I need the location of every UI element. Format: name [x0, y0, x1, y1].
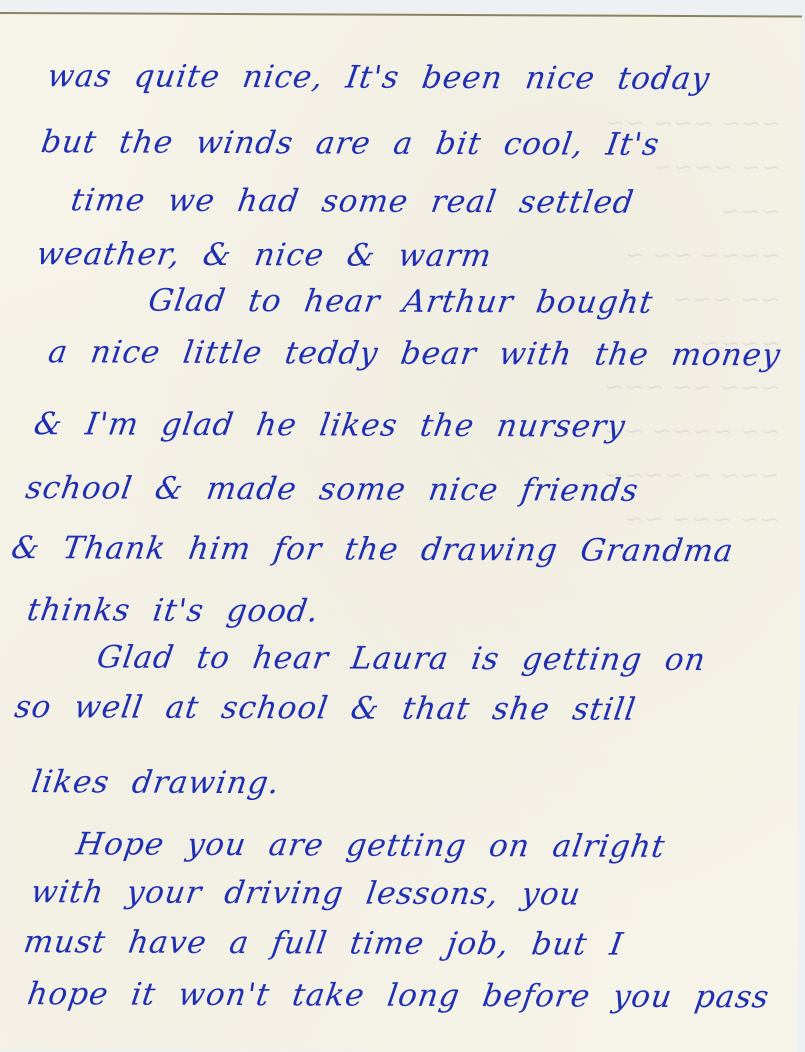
handwritten-line: & I'm glad he likes the nursery [32, 406, 628, 445]
handwritten-line: was quite nice, It's been nice today [45, 58, 712, 97]
handwritten-line: weather, & nice & warm [34, 236, 494, 274]
handwritten-text-block: was quite nice, It's been nice todaybut … [0, 14, 802, 17]
handwritten-line: must have a full time job, but I [21, 924, 626, 963]
letter-page: ~~~ ~~~ ~~~~ ~~~~ ~~~~~~~ ~~ ~~~ ~~~ ~~~… [0, 12, 802, 1052]
handwritten-line: time we had some real settled [69, 182, 637, 220]
handwritten-line: Glad to hear Arthur bought [146, 283, 656, 321]
handwritten-line: hope it won't take long before you pass [25, 976, 772, 1015]
handwritten-line: & Thank him for the drawing Grandma [9, 530, 736, 569]
handwritten-line: thinks it's good. [25, 592, 322, 629]
handwritten-line: school & made some nice friends [23, 470, 641, 509]
handwritten-line: Hope you are getting on alright [74, 826, 668, 865]
handwritten-line: so well at school & that she still [12, 689, 638, 728]
handwritten-line: a nice little teddy bear with the money [46, 334, 783, 373]
handwritten-line: likes drawing. [29, 764, 282, 801]
handwritten-line: with your driving lessons, you [29, 874, 584, 912]
handwritten-line: but the winds are a bit cool, It's [39, 124, 662, 163]
handwritten-line: Glad to hear Laura is getting on [95, 639, 709, 678]
